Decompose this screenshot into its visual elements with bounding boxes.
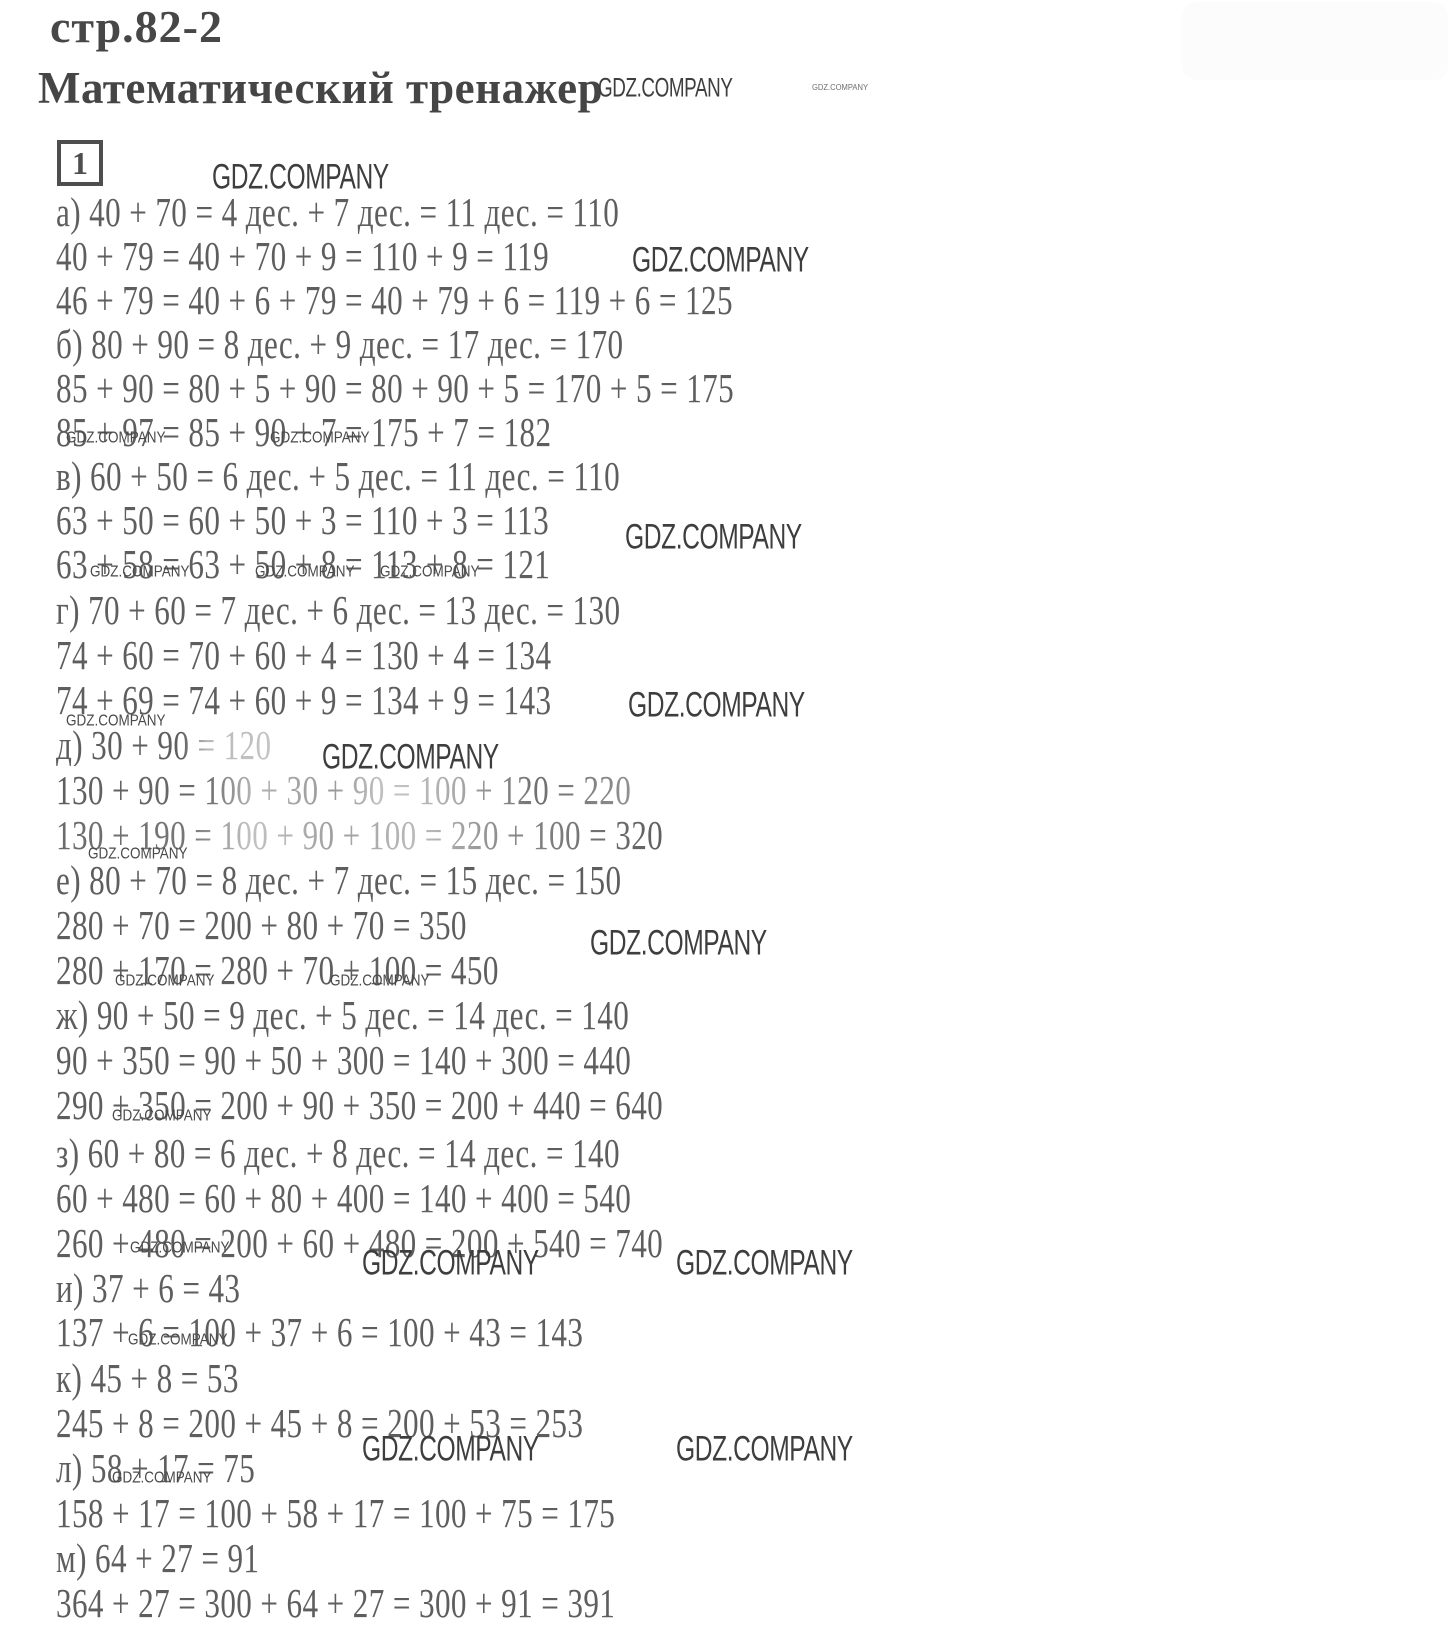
equation-line: 40 + 79 = 40 + 70 + 9 = 110 + 9 = 119 [56,236,705,277]
worksheet-title: Математический тренажер [38,62,603,114]
watermark-text: GDZ.COMPANY [90,564,190,580]
watermark-text: GDZ.COMPANY [270,430,370,446]
equation-text: г) 70 + 60 = 7 дес. + 6 дес. = 13 дес. =… [56,590,620,631]
equation-line: и) 37 + 6 = 43 [56,1268,299,1309]
watermark-text: GDZ.COMPANY [330,973,430,989]
watermark-text: GDZ.COMPANY [112,1470,212,1486]
exercise-number: 1 [72,145,88,182]
watermark-text: GDZ.COMPANY [812,84,868,92]
watermark-text: GDZ.COMPANY [676,1432,853,1467]
equation-line: ж) 90 + 50 = 9 дес. + 5 дес. = 14 дес. =… [56,995,810,1036]
equation-line: к) 45 + 8 = 53 [56,1358,297,1399]
page-ref-title: стр.82-2 [50,0,223,53]
equation-line: 158 + 17 = 100 + 58 + 17 = 100 + 75 = 17… [56,1493,792,1534]
watermark-text: GDZ.COMPANY [628,688,805,723]
equation-text: е) 80 + 70 = 8 дес. + 7 дес. = 15 дес. =… [56,860,621,901]
watermark-text: GDZ.COMPANY [115,973,215,989]
watermark-text: GDZ.COMPANY [88,846,188,862]
equation-text: з) 60 + 80 = 6 дес. + 8 дес. = 14 дес. =… [56,1133,620,1174]
equation-line: 74 + 60 = 70 + 60 + 4 = 130 + 4 = 134 [56,635,708,676]
equation-text: 90 + 350 = 90 + 50 + 300 = 140 + 300 = 4… [56,1040,631,1081]
exercise-number-badge: 1 [57,140,103,186]
watermark-text: GDZ.COMPANY [380,564,480,580]
equation-line: б) 80 + 90 = 8 дес. + 9 дес. = 17 дес. =… [56,324,803,365]
watermark-text: GDZ.COMPANY [625,520,802,555]
equation-text: и) 37 + 6 = 43 [56,1268,240,1309]
equation-text: м) 64 + 27 = 91 [56,1538,259,1579]
equation-line: 85 + 90 = 80 + 5 + 90 = 80 + 90 + 5 = 17… [56,368,948,409]
equation-line: 63 + 50 = 60 + 50 + 3 = 110 + 3 = 113 [56,500,705,541]
equation-text: а) 40 + 70 = 4 дес. + 7 дес. = 11 дес. =… [56,192,619,233]
watermark-text: GDZ.COMPANY [128,1332,228,1348]
equation-line: г) 70 + 60 = 7 дес. + 6 дес. = 13 дес. =… [56,590,799,631]
equation-text: б) 80 + 90 = 8 дес. + 9 дес. = 17 дес. =… [56,324,624,365]
equation-line: а) 40 + 70 = 4 дес. + 7 дес. = 11 дес. =… [56,192,797,233]
equation-text: д) 30 + 90 = 120 [56,725,271,766]
equation-line: м) 64 + 27 = 91 [56,1538,324,1579]
watermark-text: GDZ.COMPANY [112,1108,212,1124]
equation-text: 46 + 79 = 40 + 6 + 79 = 40 + 79 + 6 = 11… [56,280,733,321]
watermark-text: GDZ.COMPANY [676,1246,853,1281]
watermark-text: GDZ.COMPANY [322,740,499,775]
equation-line: з) 60 + 80 = 6 дес. + 8 дес. = 14 дес. =… [56,1133,798,1174]
watermark-text: GDZ.COMPANY [632,243,809,278]
watermark-text: GDZ.COMPANY [212,160,389,195]
watermark-text: GDZ.COMPANY [362,1246,539,1281]
equation-text: 60 + 480 = 60 + 80 + 400 = 140 + 400 = 5… [56,1178,631,1219]
watermark-text: GDZ.COMPANY [590,926,767,961]
equation-text: 280 + 70 = 200 + 80 + 70 = 350 [56,905,467,946]
watermark-text: GDZ.COMPANY [66,713,166,729]
equation-text: к) 45 + 8 = 53 [56,1358,239,1399]
watermark-text: GDZ.COMPANY [362,1432,539,1467]
equation-line: 364 + 27 = 300 + 64 + 27 = 300 + 91 = 39… [56,1583,792,1624]
watermark-text: GDZ.COMPANY [255,564,355,580]
watermark-text: GDZ.COMPANY [598,74,733,101]
equation-line: д) 30 + 90 = 120 [56,725,340,766]
equation-line: 46 + 79 = 40 + 6 + 79 = 40 + 79 + 6 = 11… [56,280,947,321]
scan-artifact-corner [1182,2,1448,80]
equation-line: 280 + 70 = 200 + 80 + 70 = 350 [56,905,597,946]
equation-text: 158 + 17 = 100 + 58 + 17 = 100 + 75 = 17… [56,1493,615,1534]
equation-line: е) 80 + 70 = 8 дес. + 7 дес. = 15 дес. =… [56,860,800,901]
equation-text: 63 + 50 = 60 + 50 + 3 = 110 + 3 = 113 [56,500,549,541]
watermark-text: GDZ.COMPANY [66,430,166,446]
equation-text: ж) 90 + 50 = 9 дес. + 5 дес. = 14 дес. =… [56,995,629,1036]
equation-text: в) 60 + 50 = 6 дес. + 5 дес. = 11 дес. =… [56,456,620,497]
workbook-page: стр.82-2 Математический тренажер 1 а) 40… [0,0,1448,1637]
equation-text: 74 + 60 = 70 + 60 + 4 = 130 + 4 = 134 [56,635,551,676]
equation-text: 364 + 27 = 300 + 64 + 27 = 300 + 91 = 39… [56,1583,615,1624]
equation-text: 85 + 90 = 80 + 5 + 90 = 80 + 90 + 5 = 17… [56,368,734,409]
equation-line: 60 + 480 = 60 + 80 + 400 = 140 + 400 = 5… [56,1178,813,1219]
equation-text: 40 + 79 = 40 + 70 + 9 = 110 + 9 = 119 [56,236,549,277]
equation-line: 90 + 350 = 90 + 50 + 300 = 140 + 300 = 4… [56,1040,813,1081]
watermark-text: GDZ.COMPANY [130,1240,230,1256]
equation-line: в) 60 + 50 = 6 дес. + 5 дес. = 11 дес. =… [56,456,798,497]
